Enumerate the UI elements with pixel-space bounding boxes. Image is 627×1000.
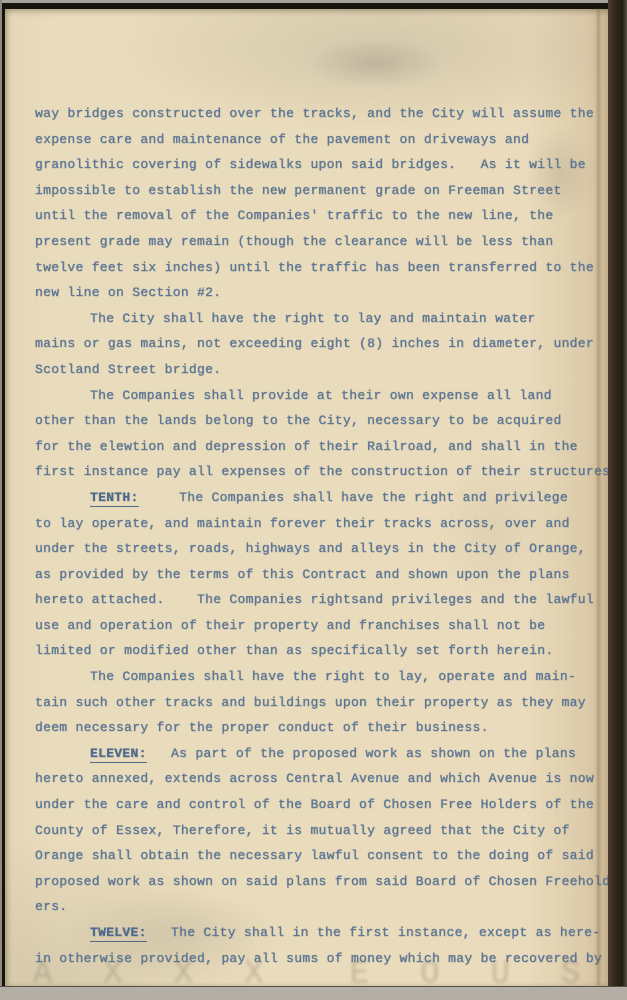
text-line: new line on Section #2. — [35, 280, 595, 306]
text-line: other than the lands belong to the City,… — [35, 408, 595, 434]
text-line: impossible to establish the new permanen… — [35, 178, 595, 204]
text-line: TWELVE: The City shall in the first inst… — [35, 920, 595, 946]
scanned-document: way bridges constructed over the tracks,… — [0, 0, 627, 1000]
scan-edge-right — [608, 0, 627, 1000]
text-line: mains or gas mains, not exceeding eight … — [35, 331, 595, 357]
text-line: first instance pay all expenses of the c… — [35, 459, 595, 485]
manuscript-page: way bridges constructed over the tracks,… — [5, 9, 610, 986]
text-line: expense care and maintenance of the pave… — [35, 127, 595, 153]
section-heading: TWELVE: — [90, 925, 147, 942]
text-line: TENTH: The Companies shall have the righ… — [35, 485, 595, 511]
text-line: hereto annexed, extends across Central A… — [35, 766, 595, 792]
scan-edge-left — [0, 0, 2, 1000]
text-line: Orange shall obtain the necessary lawful… — [35, 843, 595, 869]
text-line: as provided by the terms of this Contrac… — [35, 562, 595, 588]
text-line: to lay operate, and maintain forever the… — [35, 511, 595, 537]
paper-crease — [597, 9, 600, 986]
text-line: granolithic covering of sidewalks upon s… — [35, 152, 595, 178]
text-line: hereto attached. The Companies rightsand… — [35, 587, 595, 613]
text-line: ers. — [35, 894, 595, 920]
text-line: The Companies shall have the right to la… — [35, 664, 595, 690]
text-line: ELEVEN: As part of the proposed work as … — [35, 741, 595, 767]
text-line: Scotland Street bridge. — [35, 357, 595, 383]
text-line: under the care and control of the Board … — [35, 792, 595, 818]
paper-stain — [305, 39, 445, 89]
text-line: way bridges constructed over the tracks,… — [35, 101, 595, 127]
text-line: deem necessary for the proper conduct of… — [35, 715, 595, 741]
text-line: proposed work as shown on said plans fro… — [35, 869, 595, 895]
text-line: limited or modified other than as specif… — [35, 638, 595, 664]
section-heading: TENTH: — [90, 490, 139, 507]
text-line: The Companies shall provide at their own… — [35, 383, 595, 409]
text-line: tain such other tracks and buildings upo… — [35, 690, 595, 716]
text-line: under the streets, roads, highways and a… — [35, 536, 595, 562]
text-line: for the elewtion and depression of their… — [35, 434, 595, 460]
text-line: twelve feet six inches) until the traffi… — [35, 255, 595, 281]
text-line: The City shall have the right to lay and… — [35, 306, 595, 332]
page-text: way bridges constructed over the tracks,… — [35, 101, 595, 971]
text-line: use and operation of their property and … — [35, 613, 595, 639]
text-line: until the removal of the Companies' traf… — [35, 203, 595, 229]
section-heading: ELEVEN: — [90, 746, 147, 763]
text-line: County of Essex, Therefore, it is mutual… — [35, 818, 595, 844]
text-line: present grade may remain (though the cle… — [35, 229, 595, 255]
scan-edge-bottom — [0, 986, 627, 1000]
scan-edge-top — [0, 0, 627, 3]
